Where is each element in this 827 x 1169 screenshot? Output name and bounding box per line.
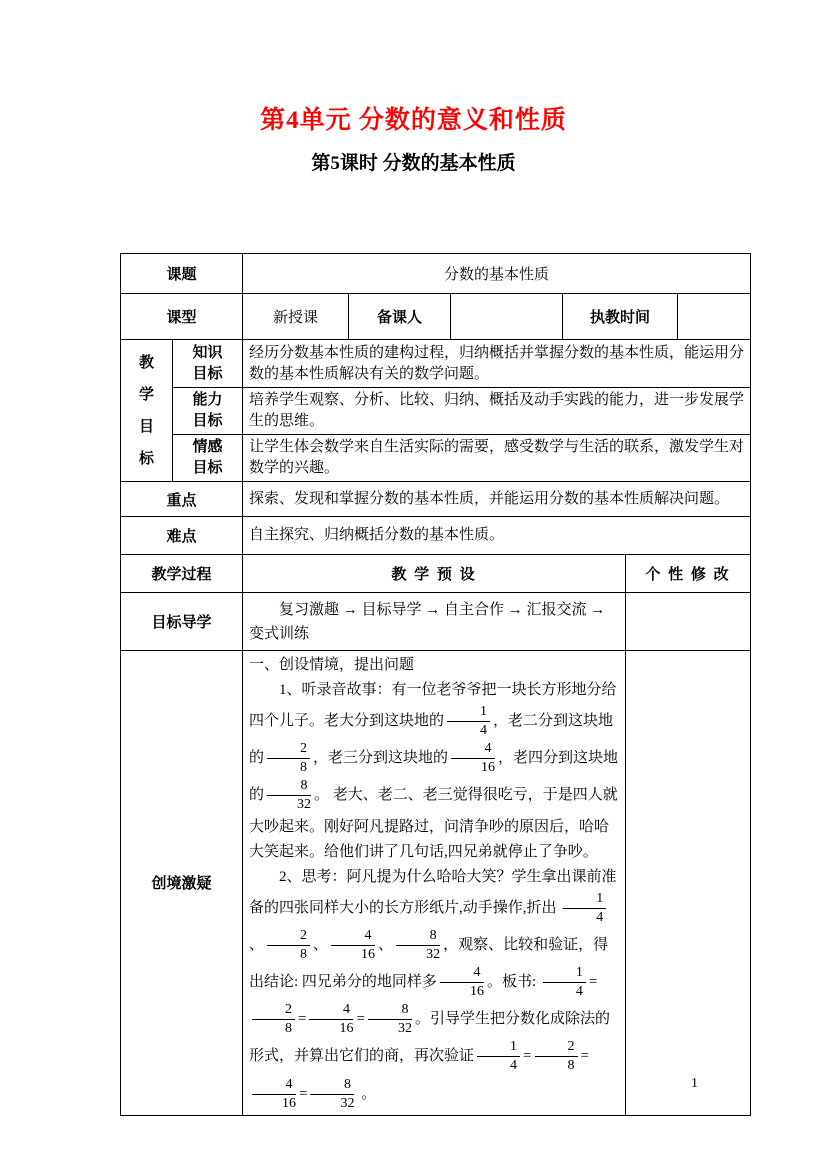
table-row: 能力目标 培养学生观察、分析、比较、归纳、概括及动手实践的能力，进一步发展学生的…	[121, 388, 751, 435]
table-row: 课型 新授课 备课人 执教时间	[121, 294, 751, 340]
goals-group-label: 教学目标	[121, 340, 173, 482]
table-row: 教学目标 知识目标 经历分数基本性质的建构过程，归纳概括并掌握分数的基本性质，能…	[121, 340, 751, 388]
goal-guide-flow: 复习激趣 → 目标导学 → 自主合作 → 汇报交流 → 变式训练	[243, 593, 626, 651]
paragraph: 1、听录音故事：有一位老爷爷把一块长方形地分给四个儿子。老大分到这块地的14，老…	[249, 678, 619, 865]
table-row: 创境激疑 一、创设情境，提出问题1、听录音故事：有一位老爷爷把一块长方形地分给四…	[121, 651, 751, 1116]
preparer-label: 备课人	[349, 294, 451, 340]
course-type-value: 新授课	[243, 294, 349, 340]
fraction: 14	[563, 891, 606, 926]
course-type-label: 课型	[121, 294, 243, 340]
goal-ability-label: 能力目标	[173, 388, 243, 435]
difficulty-label: 难点	[121, 517, 243, 555]
fraction: 28	[535, 1039, 578, 1074]
paragraph: 一、创设情境，提出问题	[249, 653, 619, 678]
table-row: 难点 自主探究、归纳概括分数的基本性质。	[121, 517, 751, 555]
goal-guide-label: 目标导学	[121, 593, 243, 651]
fraction: 832	[310, 1077, 354, 1112]
table-row: 目标导学 复习激趣 → 目标导学 → 自主合作 → 汇报交流 → 变式训练	[121, 593, 751, 651]
topic-label: 课题	[121, 254, 243, 294]
table-row: 情感目标 让学生体会数学来自生活实际的需要，感受数学与生活的联系，激发学生对数学…	[121, 435, 751, 482]
situation-content: 一、创设情境，提出问题1、听录音故事：有一位老爷爷把一块长方形地分给四个儿子。老…	[243, 651, 626, 1116]
goal-knowledge-label: 知识目标	[173, 340, 243, 388]
fraction: 416	[252, 1077, 296, 1112]
situation-revision-cell	[626, 651, 751, 1116]
fraction: 416	[440, 965, 484, 1000]
fraction: 416	[309, 1002, 353, 1037]
fraction: 28	[267, 741, 310, 776]
teach-time-value	[678, 294, 751, 340]
fraction: 14	[543, 965, 586, 1000]
teaching-preset-header: 教 学 预 设	[243, 555, 626, 593]
fraction: 416	[451, 741, 495, 776]
difficulty-text: 自主探究、归纳概括分数的基本性质。	[243, 517, 751, 555]
fraction: 416	[331, 928, 375, 963]
unit-title: 第4单元 分数的意义和性质	[0, 100, 827, 136]
teach-time-label: 执教时间	[563, 294, 678, 340]
key-point-label: 重点	[121, 482, 243, 517]
personal-revision-header: 个 性 修 改	[626, 555, 751, 593]
goal-ability-text: 培养学生观察、分析、比较、归纳、概括及动手实践的能力，进一步发展学生的思维。	[243, 388, 751, 435]
fraction: 28	[267, 928, 310, 963]
goal-emotion-label: 情感目标	[173, 435, 243, 482]
key-point-text: 探索、发现和掌握分数的基本性质，并能运用分数的基本性质解决问题。	[243, 482, 751, 517]
fraction: 28	[252, 1002, 295, 1037]
fraction: 832	[396, 928, 440, 963]
goal-knowledge-text: 经历分数基本性质的建构过程，归纳概括并掌握分数的基本性质，能运用分数的基本性质解…	[243, 340, 751, 388]
process-label: 教学过程	[121, 555, 243, 593]
paragraph: 2、思考：阿凡提为什么哈哈大笑？学生拿出课前准备的四张同样大小的长方形纸片,动手…	[249, 865, 619, 1113]
preparer-value	[451, 294, 563, 340]
table-row: 教学过程 教 学 预 设 个 性 修 改	[121, 555, 751, 593]
lesson-subtitle: 第5课时 分数的基本性质	[0, 148, 827, 175]
goals-group-label-text: 教学目标	[138, 347, 155, 475]
lesson-plan-table: 课题 分数的基本性质 课型 新授课 备课人 执教时间 教学目标 知识目标 经历分…	[120, 253, 751, 1116]
goal-emotion-text: 让学生体会数学来自生活实际的需要，感受数学与生活的联系，激发学生对数学的兴趣。	[243, 435, 751, 482]
fraction: 14	[447, 704, 490, 739]
goal-guide-revision-cell	[626, 593, 751, 651]
page-number: 1	[691, 1076, 698, 1092]
situation-label: 创境激疑	[121, 651, 243, 1116]
fraction: 14	[477, 1039, 520, 1074]
fraction: 832	[368, 1002, 412, 1037]
table-row: 重点 探索、发现和掌握分数的基本性质，并能运用分数的基本性质解决问题。	[121, 482, 751, 517]
topic-value: 分数的基本性质	[243, 254, 751, 294]
fraction: 832	[267, 778, 311, 813]
table-row: 课题 分数的基本性质	[121, 254, 751, 294]
